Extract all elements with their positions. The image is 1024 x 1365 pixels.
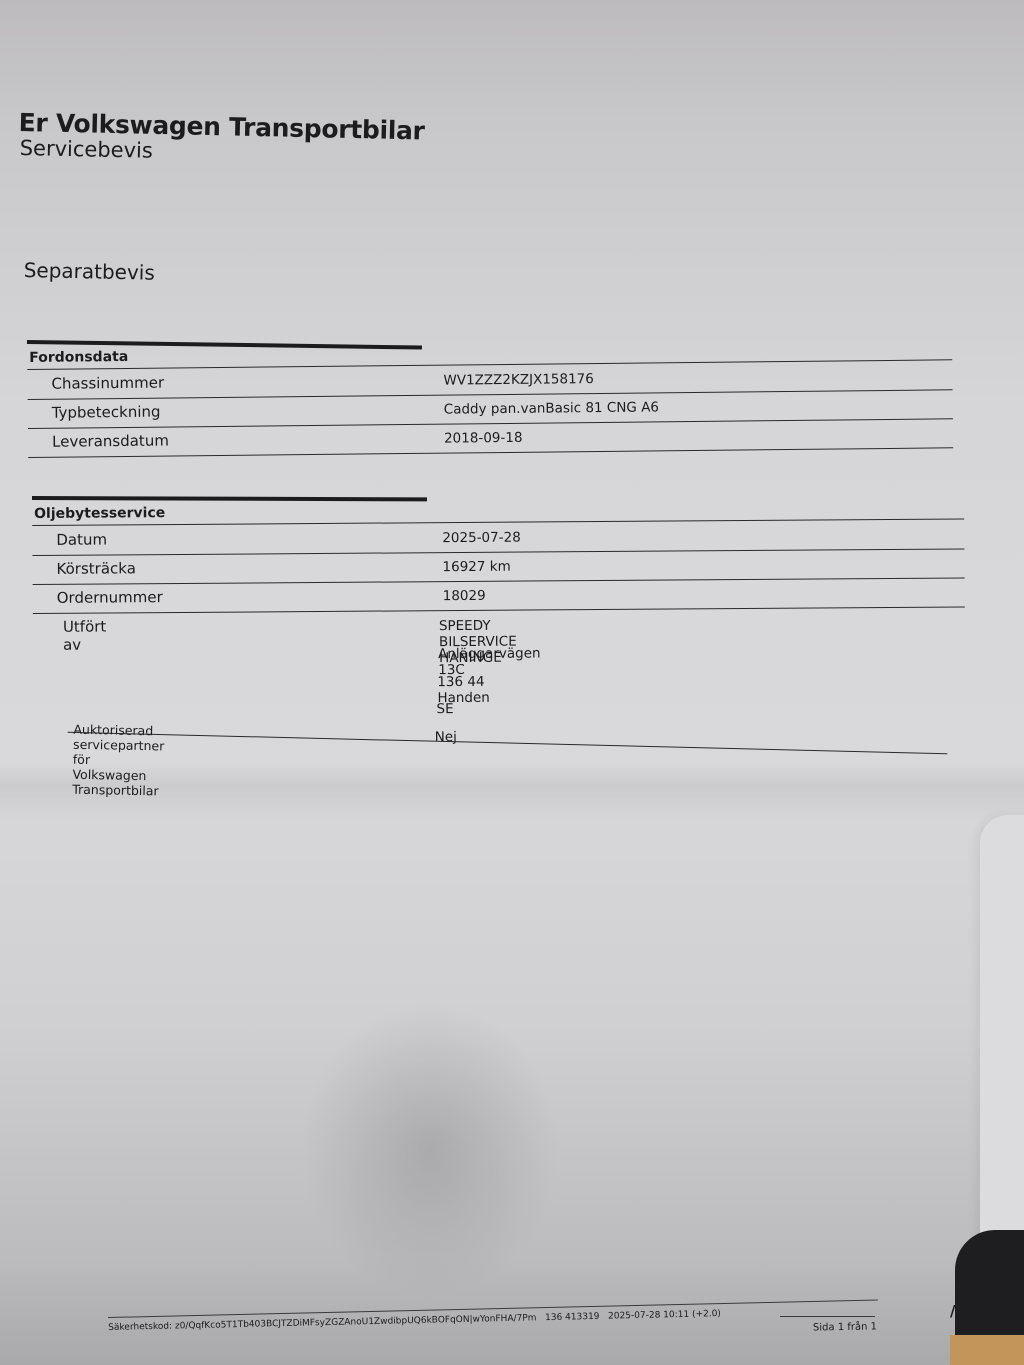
paper-shadow xyxy=(300,1000,560,1300)
section-heading: Oljebytesservice xyxy=(34,505,165,522)
section-divider xyxy=(32,496,427,501)
print-timestamp: 2025-07-28 10:11 (+2.0) xyxy=(608,1309,721,1322)
row-value: Caddy pan.vanBasic 81 CNG A6 xyxy=(444,399,659,417)
row-label: Ordernummer xyxy=(57,588,163,607)
row-label: Leveransdatum xyxy=(52,432,169,451)
footer: Säkerhetskod: z0/QqfKco5T1Tb403BCJTZDiMF… xyxy=(108,1300,878,1318)
security-code-line: Säkerhetskod: z0/QqfKco5T1Tb403BCJTZDiMF… xyxy=(108,1309,721,1333)
table-row: Ordernummer 18029 xyxy=(33,578,965,614)
security-code-label: Säkerhetskod: xyxy=(108,1322,172,1333)
row-value: 16927 km xyxy=(442,559,510,575)
page-number: Sida 1 från 1 xyxy=(813,1321,877,1333)
workshop-country: SE xyxy=(436,701,453,717)
document-type: Separatbevis xyxy=(23,258,155,285)
reference-number: 136 413319 xyxy=(545,1312,600,1323)
document-subtitle: Servicebevis xyxy=(19,136,153,163)
page-divider xyxy=(780,1316,875,1317)
background-surface xyxy=(950,1335,1024,1365)
row-label: Körsträcka xyxy=(56,559,135,578)
authorized-partner-value: Nej xyxy=(435,729,457,745)
section-heading: Fordonsdata xyxy=(29,349,128,366)
row-divider xyxy=(68,732,948,755)
section-divider xyxy=(27,340,422,350)
row-label: Datum xyxy=(56,530,107,548)
row-value: 2025-07-28 xyxy=(442,530,521,547)
row-value: 18029 xyxy=(443,588,486,604)
row-value: WV1ZZZ2KZJX158176 xyxy=(443,371,594,389)
row-value: 2018-09-18 xyxy=(444,430,523,447)
background-object xyxy=(955,1230,1024,1340)
performed-by-label: Utfört av xyxy=(63,617,107,653)
row-label: Typbeteckning xyxy=(52,403,161,422)
row-label: Chassinummer xyxy=(51,374,164,393)
security-code: z0/QqfKco5T1Tb403BCJTZDiMFsyZGZAnoU1Zwdi… xyxy=(175,1313,537,1331)
